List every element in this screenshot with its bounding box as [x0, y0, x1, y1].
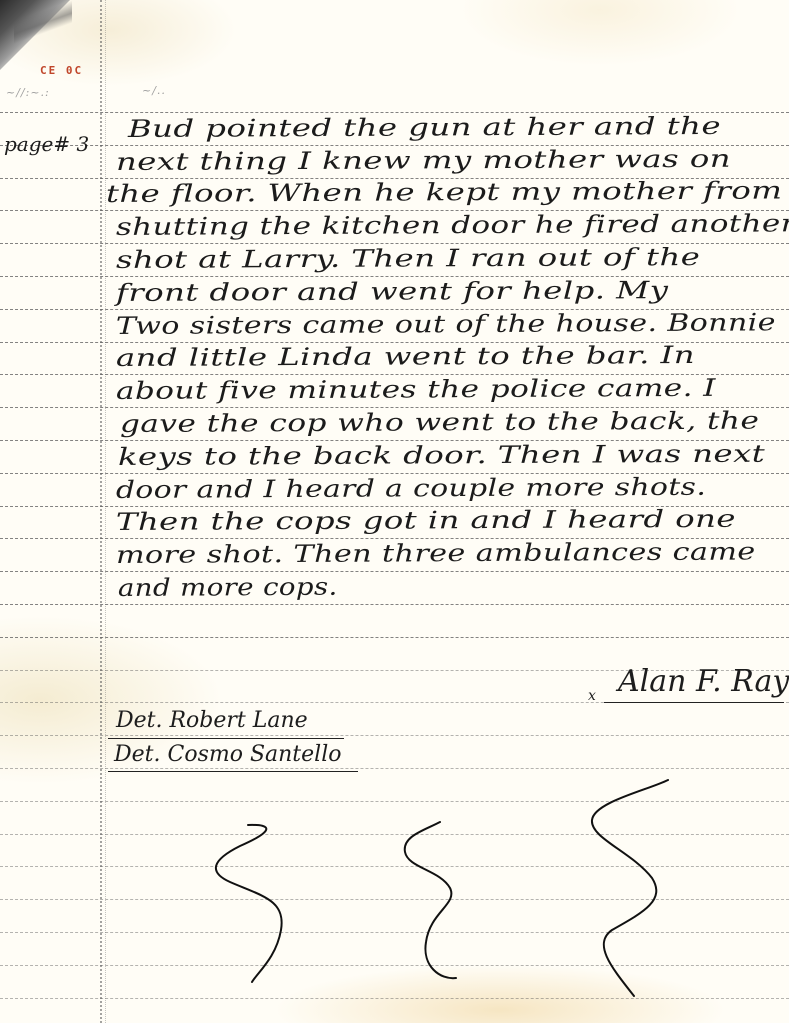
squiggle-line-middle — [405, 822, 456, 978]
closing-strike-lines — [0, 0, 789, 1023]
squiggle-line-right — [592, 780, 668, 996]
document-page: CE 0C ~//:~.: ~/.. page# 3 Bud pointed t… — [0, 0, 789, 1023]
squiggle-line-left — [216, 825, 282, 982]
